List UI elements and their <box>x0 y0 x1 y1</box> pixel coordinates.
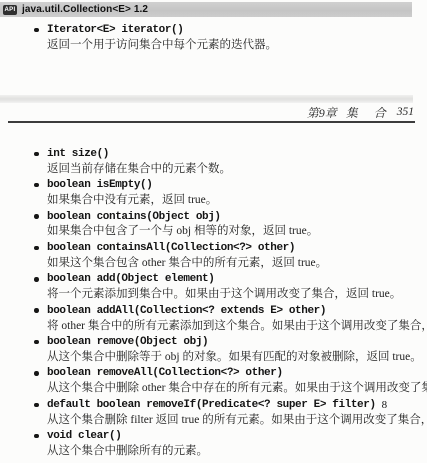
method-item: boolean contains(Object obj) 如果集合中包含了一个与… <box>0 209 427 240</box>
method-description: 将 other 集合中的所有元素添加到这个集合。如果由于这个调用改变了集合，返回… <box>47 319 427 335</box>
method-signature: boolean removeAll(Collection<?> other) <box>47 367 283 379</box>
bullet-icon <box>34 152 39 157</box>
bullet-icon <box>34 403 39 408</box>
method-description: 将一个元素添加到集合中。如果由于这个调用改变了集合，返回 true。 <box>47 287 427 303</box>
method-item: boolean remove(Object obj) 从这个集合中删除等于 ob… <box>0 334 427 365</box>
previous-page-fragment: Iterator<E> iterator() 返回一个用于访问集合中每个元素的迭… <box>0 22 427 53</box>
method-description: 从这个集合删除 filter 返回 true 的所有元素。如果由于这个调用改变了… <box>47 413 427 429</box>
method-signature: default boolean removeIf(Predicate<? sup… <box>47 399 376 411</box>
bullet-icon <box>34 277 39 282</box>
bullet-icon <box>34 28 39 33</box>
running-header-section: 集 合 <box>346 104 386 121</box>
method-item: int size() 返回当前存储在集合中的元素个数。 <box>0 146 427 177</box>
running-header: 第9章 集 合 351 <box>307 104 414 120</box>
method-item: void clear() 从这个集合中删除所有的元素。 <box>0 428 427 459</box>
api-note-header: API java.util.Collection<E> 1.2 <box>0 2 412 17</box>
method-description: 返回当前存储在集合中的元素个数。 <box>47 162 427 178</box>
method-description: 返回一个用于访问集合中每个元素的迭代器。 <box>47 38 427 54</box>
bullet-icon <box>34 214 39 219</box>
method-item: boolean add(Object element) 将一个元素添加到集合中。… <box>0 272 427 303</box>
method-signature: boolean isEmpty() <box>47 179 152 191</box>
method-item: boolean containsAll(Collection<?> other)… <box>0 240 427 271</box>
api-class-title: java.util.Collection<E> 1.2 <box>22 4 148 15</box>
method-item: boolean addAll(Collection<? extends E> o… <box>0 303 427 334</box>
bullet-icon <box>34 434 39 439</box>
method-signature: boolean contains(Object obj) <box>47 211 221 223</box>
running-header-chapter: 第9章 <box>307 104 337 121</box>
bullet-icon <box>34 340 39 345</box>
method-description: 从这个集合中删除所有的元素。 <box>47 444 427 460</box>
running-header-page-number: 351 <box>397 106 414 118</box>
bullet-icon <box>34 246 39 251</box>
method-version-badge: 8 <box>382 399 388 411</box>
method-description: 如果这个集合包含 other 集合中的所有元素，返回 true。 <box>47 256 427 272</box>
method-signature: int size() <box>47 148 109 160</box>
method-description: 从这个集合中删除 other 集合中存在的所有元素。如果由于这个调用改变了集合，… <box>47 381 427 397</box>
method-signature: Iterator<E> iterator() <box>47 24 183 36</box>
method-description: 如果集合中没有元素，返回 true。 <box>47 193 427 209</box>
page-separator <box>0 95 413 103</box>
method-signature: boolean addAll(Collection<? extends E> o… <box>47 305 326 317</box>
method-item: boolean removeAll(Collection<?> other) 从… <box>0 366 427 397</box>
method-description: 如果集合中包含了一个与 obj 相等的对象，返回 true。 <box>47 224 427 240</box>
method-item: default boolean removeIf(Predicate<? sup… <box>0 397 427 428</box>
bullet-icon <box>34 308 39 313</box>
method-item: boolean isEmpty() 如果集合中没有元素，返回 true。 <box>0 177 427 208</box>
method-list: int size() 返回当前存储在集合中的元素个数。 boolean isEm… <box>0 146 427 460</box>
api-badge-icon: API <box>3 5 17 15</box>
method-signature: boolean add(Object element) <box>47 273 214 285</box>
method-signature: void clear() <box>47 430 121 442</box>
bullet-icon <box>34 183 39 188</box>
bullet-icon <box>34 371 39 376</box>
method-signature: boolean containsAll(Collection<?> other) <box>47 242 295 254</box>
header-rule <box>8 121 415 123</box>
method-signature: boolean remove(Object obj) <box>47 336 208 348</box>
method-description: 从这个集合中删除等于 obj 的对象。如果有匹配的对象被删除，返回 true。 <box>47 350 427 366</box>
method-item: Iterator<E> iterator() 返回一个用于访问集合中每个元素的迭… <box>0 22 427 53</box>
